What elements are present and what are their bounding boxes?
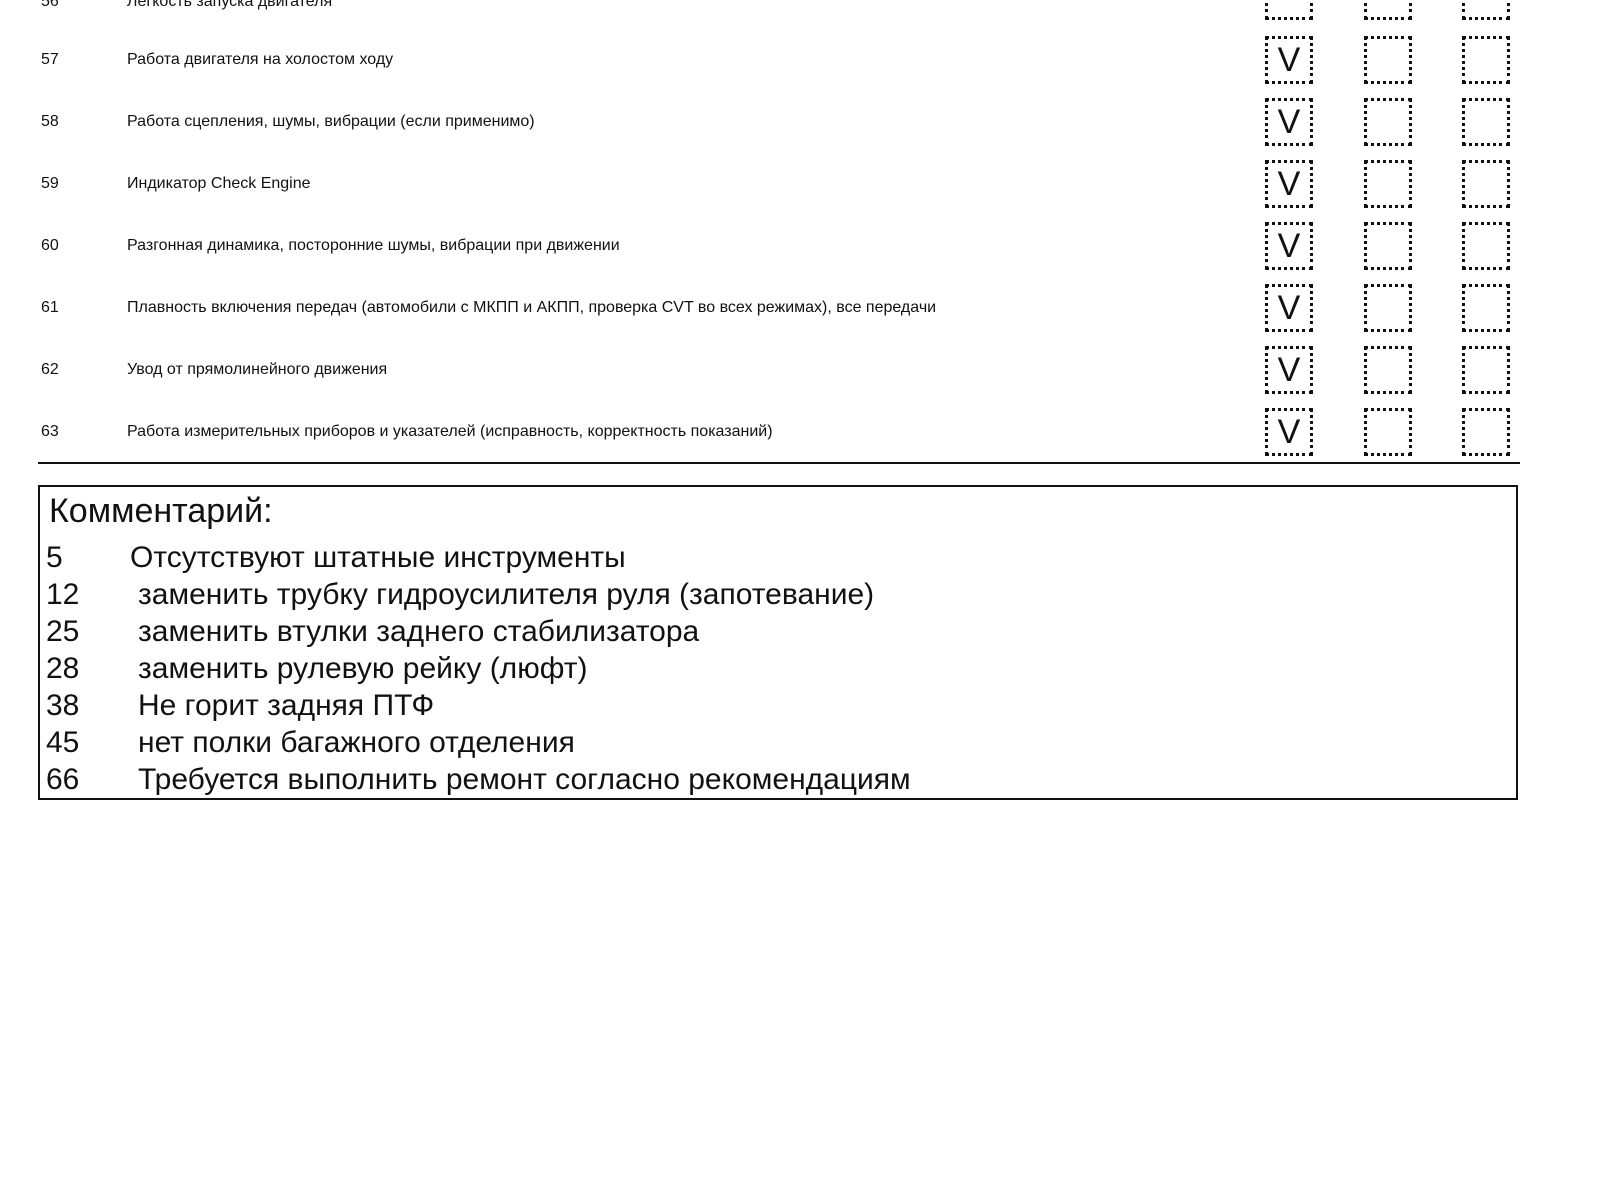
checkbox-ok[interactable]: V xyxy=(1265,222,1313,270)
checklist-row: 62 Увод от прямолинейного движения V xyxy=(0,346,1600,402)
checkbox-repair[interactable] xyxy=(1462,222,1510,270)
checkbox-attention[interactable] xyxy=(1364,408,1412,456)
checkbox-ok[interactable]: V xyxy=(1265,98,1313,146)
checklist-row: 58 Работа сцепления, шумы, вибрации (есл… xyxy=(0,98,1600,154)
checklist-row: 57 Работа двигателя на холостом ходу V xyxy=(0,36,1600,92)
row-number: 60 xyxy=(41,236,59,256)
checkbox-attention[interactable] xyxy=(1364,346,1412,394)
row-number: 61 xyxy=(41,298,59,318)
row-label: Работа сцепления, шумы, вибрации (если п… xyxy=(127,112,535,132)
comment-text: Не горит задняя ПТФ xyxy=(138,687,434,724)
row-label: Разгонная динамика, посторонние шумы, ви… xyxy=(127,236,620,256)
checkbox-repair[interactable] xyxy=(1462,160,1510,208)
row-label: Увод от прямолинейного движения xyxy=(127,360,387,380)
comment-ref-number: 28 xyxy=(46,650,79,687)
comment-text: Требуется выполнить ремонт согласно реко… xyxy=(138,761,911,798)
checkbox-repair[interactable] xyxy=(1462,36,1510,84)
row-label: Работа измерительных приборов и указател… xyxy=(127,422,773,442)
row-number: 63 xyxy=(41,422,59,442)
checkbox-ok[interactable]: V xyxy=(1265,284,1313,332)
comments-title: Комментарий: xyxy=(49,491,273,531)
checkbox-repair[interactable] xyxy=(1462,0,1510,20)
row-number: 56 xyxy=(41,0,59,12)
checklist-row: 63 Работа измерительных приборов и указа… xyxy=(0,408,1600,464)
section-divider xyxy=(38,462,1520,464)
row-number: 59 xyxy=(41,174,59,194)
checklist-row: 61 Плавность включения передач (автомоби… xyxy=(0,284,1600,340)
checkbox-attention[interactable] xyxy=(1364,98,1412,146)
comment-text: Отсутствуют штатные инструменты xyxy=(130,539,626,576)
row-number: 62 xyxy=(41,360,59,380)
checkbox-ok[interactable]: V xyxy=(1265,36,1313,84)
comment-text: заменить рулевую рейку (люфт) xyxy=(138,650,587,687)
comment-ref-number: 38 xyxy=(46,687,79,724)
comments-box: Комментарий: 5 Отсутствуют штатные инстр… xyxy=(38,485,1518,800)
comment-ref-number: 5 xyxy=(46,539,63,576)
row-number: 57 xyxy=(41,50,59,70)
checkbox-repair[interactable] xyxy=(1462,408,1510,456)
checkbox-repair[interactable] xyxy=(1462,98,1510,146)
comment-ref-number: 25 xyxy=(46,613,79,650)
checkbox-ok[interactable]: V xyxy=(1265,160,1313,208)
checkbox-repair[interactable] xyxy=(1462,346,1510,394)
checklist-row: 56 Легкость запуска двигателя xyxy=(0,0,1600,28)
checkbox-ok[interactable]: V xyxy=(1265,408,1313,456)
checkbox-ok[interactable] xyxy=(1265,0,1313,20)
checklist-row: 59 Индикатор Check Engine V xyxy=(0,160,1600,216)
row-number: 58 xyxy=(41,112,59,132)
row-label: Плавность включения передач (автомобили … xyxy=(127,298,936,318)
checklist-row: 60 Разгонная динамика, посторонние шумы,… xyxy=(0,222,1600,278)
comment-text: заменить трубку гидроусилителя руля (зап… xyxy=(138,576,874,613)
comment-text: заменить втулки заднего стабилизатора xyxy=(138,613,699,650)
comment-text: нет полки багажного отделения xyxy=(138,724,575,761)
checkbox-attention[interactable] xyxy=(1364,0,1412,20)
row-label: Работа двигателя на холостом ходу xyxy=(127,50,393,70)
row-label: Индикатор Check Engine xyxy=(127,174,311,194)
checkbox-attention[interactable] xyxy=(1364,36,1412,84)
comment-ref-number: 12 xyxy=(46,576,79,613)
row-label: Легкость запуска двигателя xyxy=(127,0,332,12)
checkbox-repair[interactable] xyxy=(1462,284,1510,332)
checkbox-attention[interactable] xyxy=(1364,160,1412,208)
checkbox-attention[interactable] xyxy=(1364,284,1412,332)
checkbox-attention[interactable] xyxy=(1364,222,1412,270)
comment-ref-number: 66 xyxy=(46,761,79,798)
checkbox-ok[interactable]: V xyxy=(1265,346,1313,394)
comment-ref-number: 45 xyxy=(46,724,79,761)
